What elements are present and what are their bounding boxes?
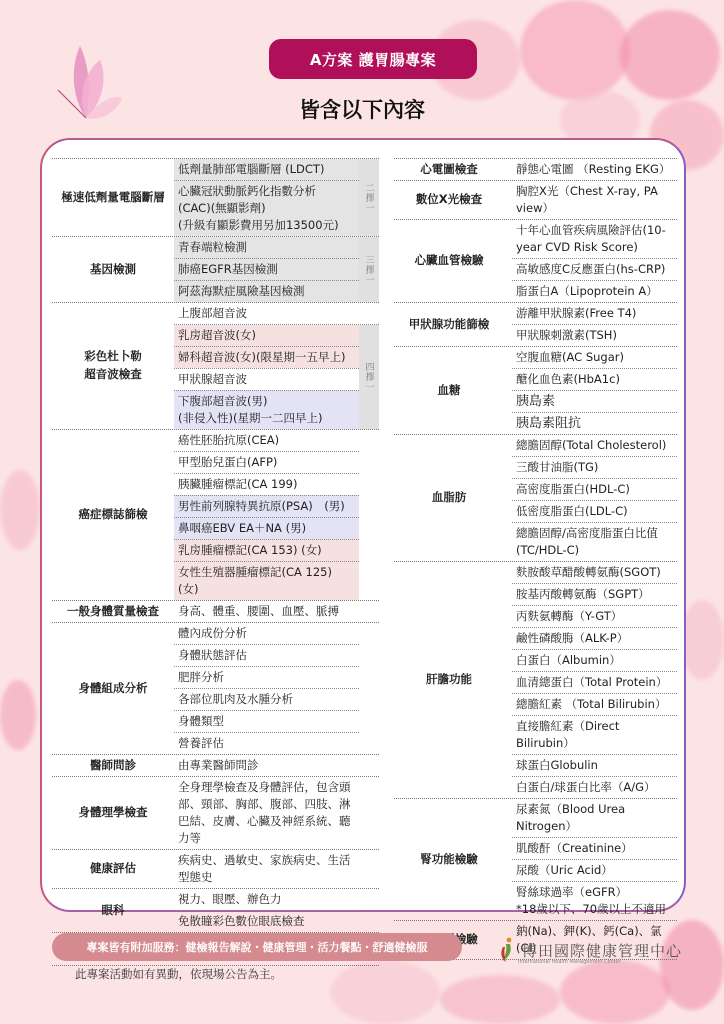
list-item: 肺癌EGFR基因檢測	[174, 258, 359, 280]
list-item: 總膽紅素 （Total Bilirubin）	[512, 693, 677, 715]
list-item: 丙麩氨轉酶（Y-GT）	[512, 605, 677, 627]
list-item: 胰臟腫瘤標記(CA 199)	[174, 473, 359, 495]
list-item: 由專業醫師問診	[174, 755, 359, 776]
list-item: 球蛋白Globulin	[512, 754, 677, 776]
change-notice: 此專案活動如有異動，依現場公告為主。	[75, 966, 282, 982]
group-lipids: 血脂肪 總膽固醇(Total Cholesterol) 三酸甘油脂(TG) 高密…	[394, 434, 677, 561]
category-label: 血脂肪	[394, 435, 504, 561]
category-label: 彩色杜卜勒 超音波檢查	[52, 303, 174, 429]
list-item: 空腹血糖(AC Sugar)	[512, 347, 677, 368]
list-item: 血清總蛋白（Total Protein）	[512, 671, 677, 693]
group-cardio: 心臟血管檢驗 十年心血管疾病風險評估(10-year CVD Risk Scor…	[394, 219, 677, 302]
logo-icon	[498, 937, 516, 963]
list-item: 體內成份分析	[174, 623, 359, 644]
category-label: 身體組成分析	[52, 623, 174, 754]
list-item: 麩胺酸草醋酸轉氨酶(SGOT)	[512, 562, 677, 583]
list-item: 腎絲球過率（eGFR） *18歲以下、70歲以上不適用	[512, 881, 677, 920]
list-item: 三酸甘油脂(TG)	[512, 456, 677, 478]
center-logo: 博田國際健康管理中心 International Health Manageme…	[498, 937, 682, 963]
list-item: 各部位肌肉及水腫分析	[174, 688, 359, 710]
list-item: 十年心血管疾病風險評估(10-year CVD Risk Score)	[512, 220, 677, 258]
group-health-assessment: 健康評估 疾病史、過敏史、家族病史、生活型態史	[52, 849, 379, 888]
group-ldct: 極速低劑量電腦斷層 低劑量肺部電腦斷層 (LDCT) 心臟冠狀動脈鈣化指數分析 …	[52, 158, 379, 236]
list-item: 總膽固醇(Total Cholesterol)	[512, 435, 677, 456]
list-item: 心臟冠狀動脈鈣化指數分析 (CAC)(無顯影劑) (升級有顯影費用另加13500…	[174, 180, 359, 236]
group-kidney: 腎功能檢驗 尿素氮（Blood Urea Nitrogen） 肌酸酐（Creat…	[394, 798, 677, 920]
list-item: 癌性胚胎抗原(CEA)	[174, 430, 359, 451]
list-item: 下腹部超音波(男) (非侵入性)(星期一二四早上)	[174, 390, 359, 429]
group-thyroid: 甲狀腺功能篩檢 游離甲狀腺素(Free T4) 甲狀腺刺激素(TSH)	[394, 302, 677, 346]
group-ultrasound: 彩色杜卜勒 超音波檢查 上腹部超音波 乳房超音波(女) 婦科超音波(女)(限星期…	[52, 302, 379, 429]
list-item: 上腹部超音波	[174, 303, 379, 324]
group-body-composition: 身體組成分析 體內成份分析 身體狀態評估 肥胖分析 各部位肌肉及水腫分析 身體類…	[52, 622, 379, 754]
list-item: 甲狀腺刺激素(TSH)	[512, 324, 677, 346]
category-label: 甲狀腺功能篩檢	[394, 303, 504, 346]
list-item: 全身理學檢查及身體評估，包含頭部、頸部、胸部、腹部、四肢、淋巴結、皮膚、心臟及神…	[174, 777, 359, 849]
logo-name: 博田國際健康管理中心	[522, 940, 682, 961]
list-item: 肌酸酐（Creatinine）	[512, 837, 677, 859]
list-item: 胰島素	[512, 390, 677, 412]
list-item: 白蛋白（Albumin）	[512, 649, 677, 671]
list-item: 尿素氮（Blood Urea Nitrogen）	[512, 799, 677, 837]
list-item: 胺基丙酸轉氨酶（SGPT）	[512, 583, 677, 605]
choice-tag: 二擇一	[359, 159, 379, 236]
list-item: 低密度脂蛋白(LDL-C)	[512, 500, 677, 522]
category-label: 一般身體質量檢查	[52, 601, 174, 622]
list-item: 鼻咽癌EBV EA＋NA (男)	[174, 517, 359, 539]
category-label: 心電圖檢查	[394, 159, 504, 180]
group-tumor-markers: 癌症標誌篩檢 癌性胚胎抗原(CEA) 甲型胎兒蛋白(AFP) 胰臟腫瘤標記(CA…	[52, 429, 379, 600]
list-item: 阿茲海默症風險基因檢測	[174, 280, 359, 302]
category-label: 身體理學檢查	[52, 777, 174, 849]
list-item: 低劑量肺部電腦斷層 (LDCT)	[174, 159, 359, 180]
category-label: 癌症標誌篩檢	[52, 430, 174, 600]
category-label: 數位X光檢查	[394, 181, 504, 219]
group-blood-sugar: 血糖 空腹血糖(AC Sugar) 醣化血色素(HbA1c) 胰島素 胰島素阻抗	[394, 346, 677, 434]
list-item: 乳房腫瘤標記(CA 153) (女)	[174, 539, 359, 561]
list-item: 胸腔X光（Chest X-ray, PA view）	[512, 181, 677, 219]
list-item: 視力、眼壓、辦色力	[174, 889, 359, 910]
plan-title-badge: A方案 護胃腸專案	[269, 39, 477, 79]
list-item: 免散瞳彩色數位眼底檢查	[174, 910, 359, 932]
group-physical-exam: 身體理學檢查 全身理學檢查及身體評估，包含頭部、頸部、胸部、腹部、四肢、淋巴結、…	[52, 776, 379, 849]
category-label: 基因檢測	[52, 237, 174, 302]
list-item: 女性生殖器腫瘤標記(CA 125) (女)	[174, 561, 359, 600]
choice-tag: 四擇一	[359, 325, 379, 429]
list-item: 游離甲狀腺素(Free T4)	[512, 303, 677, 324]
list-item: 醣化血色素(HbA1c)	[512, 368, 677, 390]
list-item: 甲型胎兒蛋白(AFP)	[174, 451, 359, 473]
group-ophthalmology: 眼科 視力、眼壓、辦色力 免散瞳彩色數位眼底檢查	[52, 888, 379, 932]
category-label: 健康評估	[52, 850, 174, 888]
list-item: 疾病史、過敏史、家族病史、生活型態史	[174, 850, 359, 888]
category-label: 腎功能檢驗	[394, 799, 504, 920]
category-label: 眼科	[52, 889, 174, 932]
list-item: 直接膽紅素（Direct Bilirubin）	[512, 715, 677, 754]
list-item: 高密度脂蛋白(HDL-C)	[512, 478, 677, 500]
list-item: 婦科超音波(女)(限星期一五早上)	[174, 346, 359, 368]
list-item: 白蛋白/球蛋白比率（A/G）	[512, 776, 677, 798]
list-item: 營養評估	[174, 732, 359, 754]
group-ekg: 心電圖檢查 靜態心電圖 （Resting EKG）	[394, 158, 677, 180]
group-body-measure: 一般身體質量檢查 身高、體重、腰圍、血壓、脈搏	[52, 600, 379, 622]
list-item: 總膽固醇/高密度脂蛋白比值(TC/HDL-C)	[512, 522, 677, 561]
category-label: 血糖	[394, 347, 504, 434]
list-item: 肥胖分析	[174, 666, 359, 688]
list-item: 鹼性磷酸脢（ALK-P）	[512, 627, 677, 649]
group-gene: 基因檢測 青春端粒檢測 肺癌EGFR基因檢測 阿茲海默症風險基因檢測 三擇一	[52, 236, 379, 302]
left-column: 極速低劑量電腦斷層 低劑量肺部電腦斷層 (LDCT) 心臟冠狀動脈鈣化指數分析 …	[52, 158, 379, 966]
group-xray: 數位X光檢查 胸腔X光（Chest X-ray, PA view）	[394, 180, 677, 219]
list-item: 尿酸（Uric Acid）	[512, 859, 677, 881]
list-item: 高敏感度C反應蛋白(hs-CRP)	[512, 258, 677, 280]
page-subtitle: 皆含以下內容	[0, 94, 724, 124]
list-item: 男性前列腺特異抗原(PSA) (男)	[174, 495, 359, 517]
list-item: 胰島素阻抗	[512, 412, 677, 434]
choice-tag: 三擇一	[359, 237, 379, 302]
category-label: 醫師問診	[52, 755, 174, 776]
group-liver: 肝膽功能 麩胺酸草醋酸轉氨酶(SGOT) 胺基丙酸轉氨酶（SGPT） 丙麩氨轉酶…	[394, 561, 677, 798]
category-label: 極速低劑量電腦斷層	[52, 159, 174, 236]
category-label: 心臟血管檢驗	[394, 220, 504, 302]
logo-english-name: International Health Management Center	[518, 959, 621, 965]
list-item: 乳房超音波(女)	[174, 325, 359, 346]
list-item: 甲狀腺超音波	[174, 368, 359, 390]
list-item: 身體狀態評估	[174, 644, 359, 666]
list-item: 靜態心電圖 （Resting EKG）	[512, 159, 677, 180]
list-item: 身高、體重、腰圍、血壓、脈搏	[174, 601, 359, 622]
right-column: 心電圖檢查 靜態心電圖 （Resting EKG） 數位X光檢查 胸腔X光（Ch…	[394, 158, 677, 960]
category-label: 肝膽功能	[394, 562, 504, 798]
additional-services-banner: 專案皆有附加服務：健檢報告解說・健康管理・活力餐點・舒適健檢服	[52, 933, 462, 961]
list-item: 身體類型	[174, 710, 359, 732]
list-item: 脂蛋白A（Lipoprotein A）	[512, 280, 677, 302]
group-consultation: 醫師問診 由專業醫師問診	[52, 754, 379, 776]
list-item: 青春端粒檢測	[174, 237, 359, 258]
